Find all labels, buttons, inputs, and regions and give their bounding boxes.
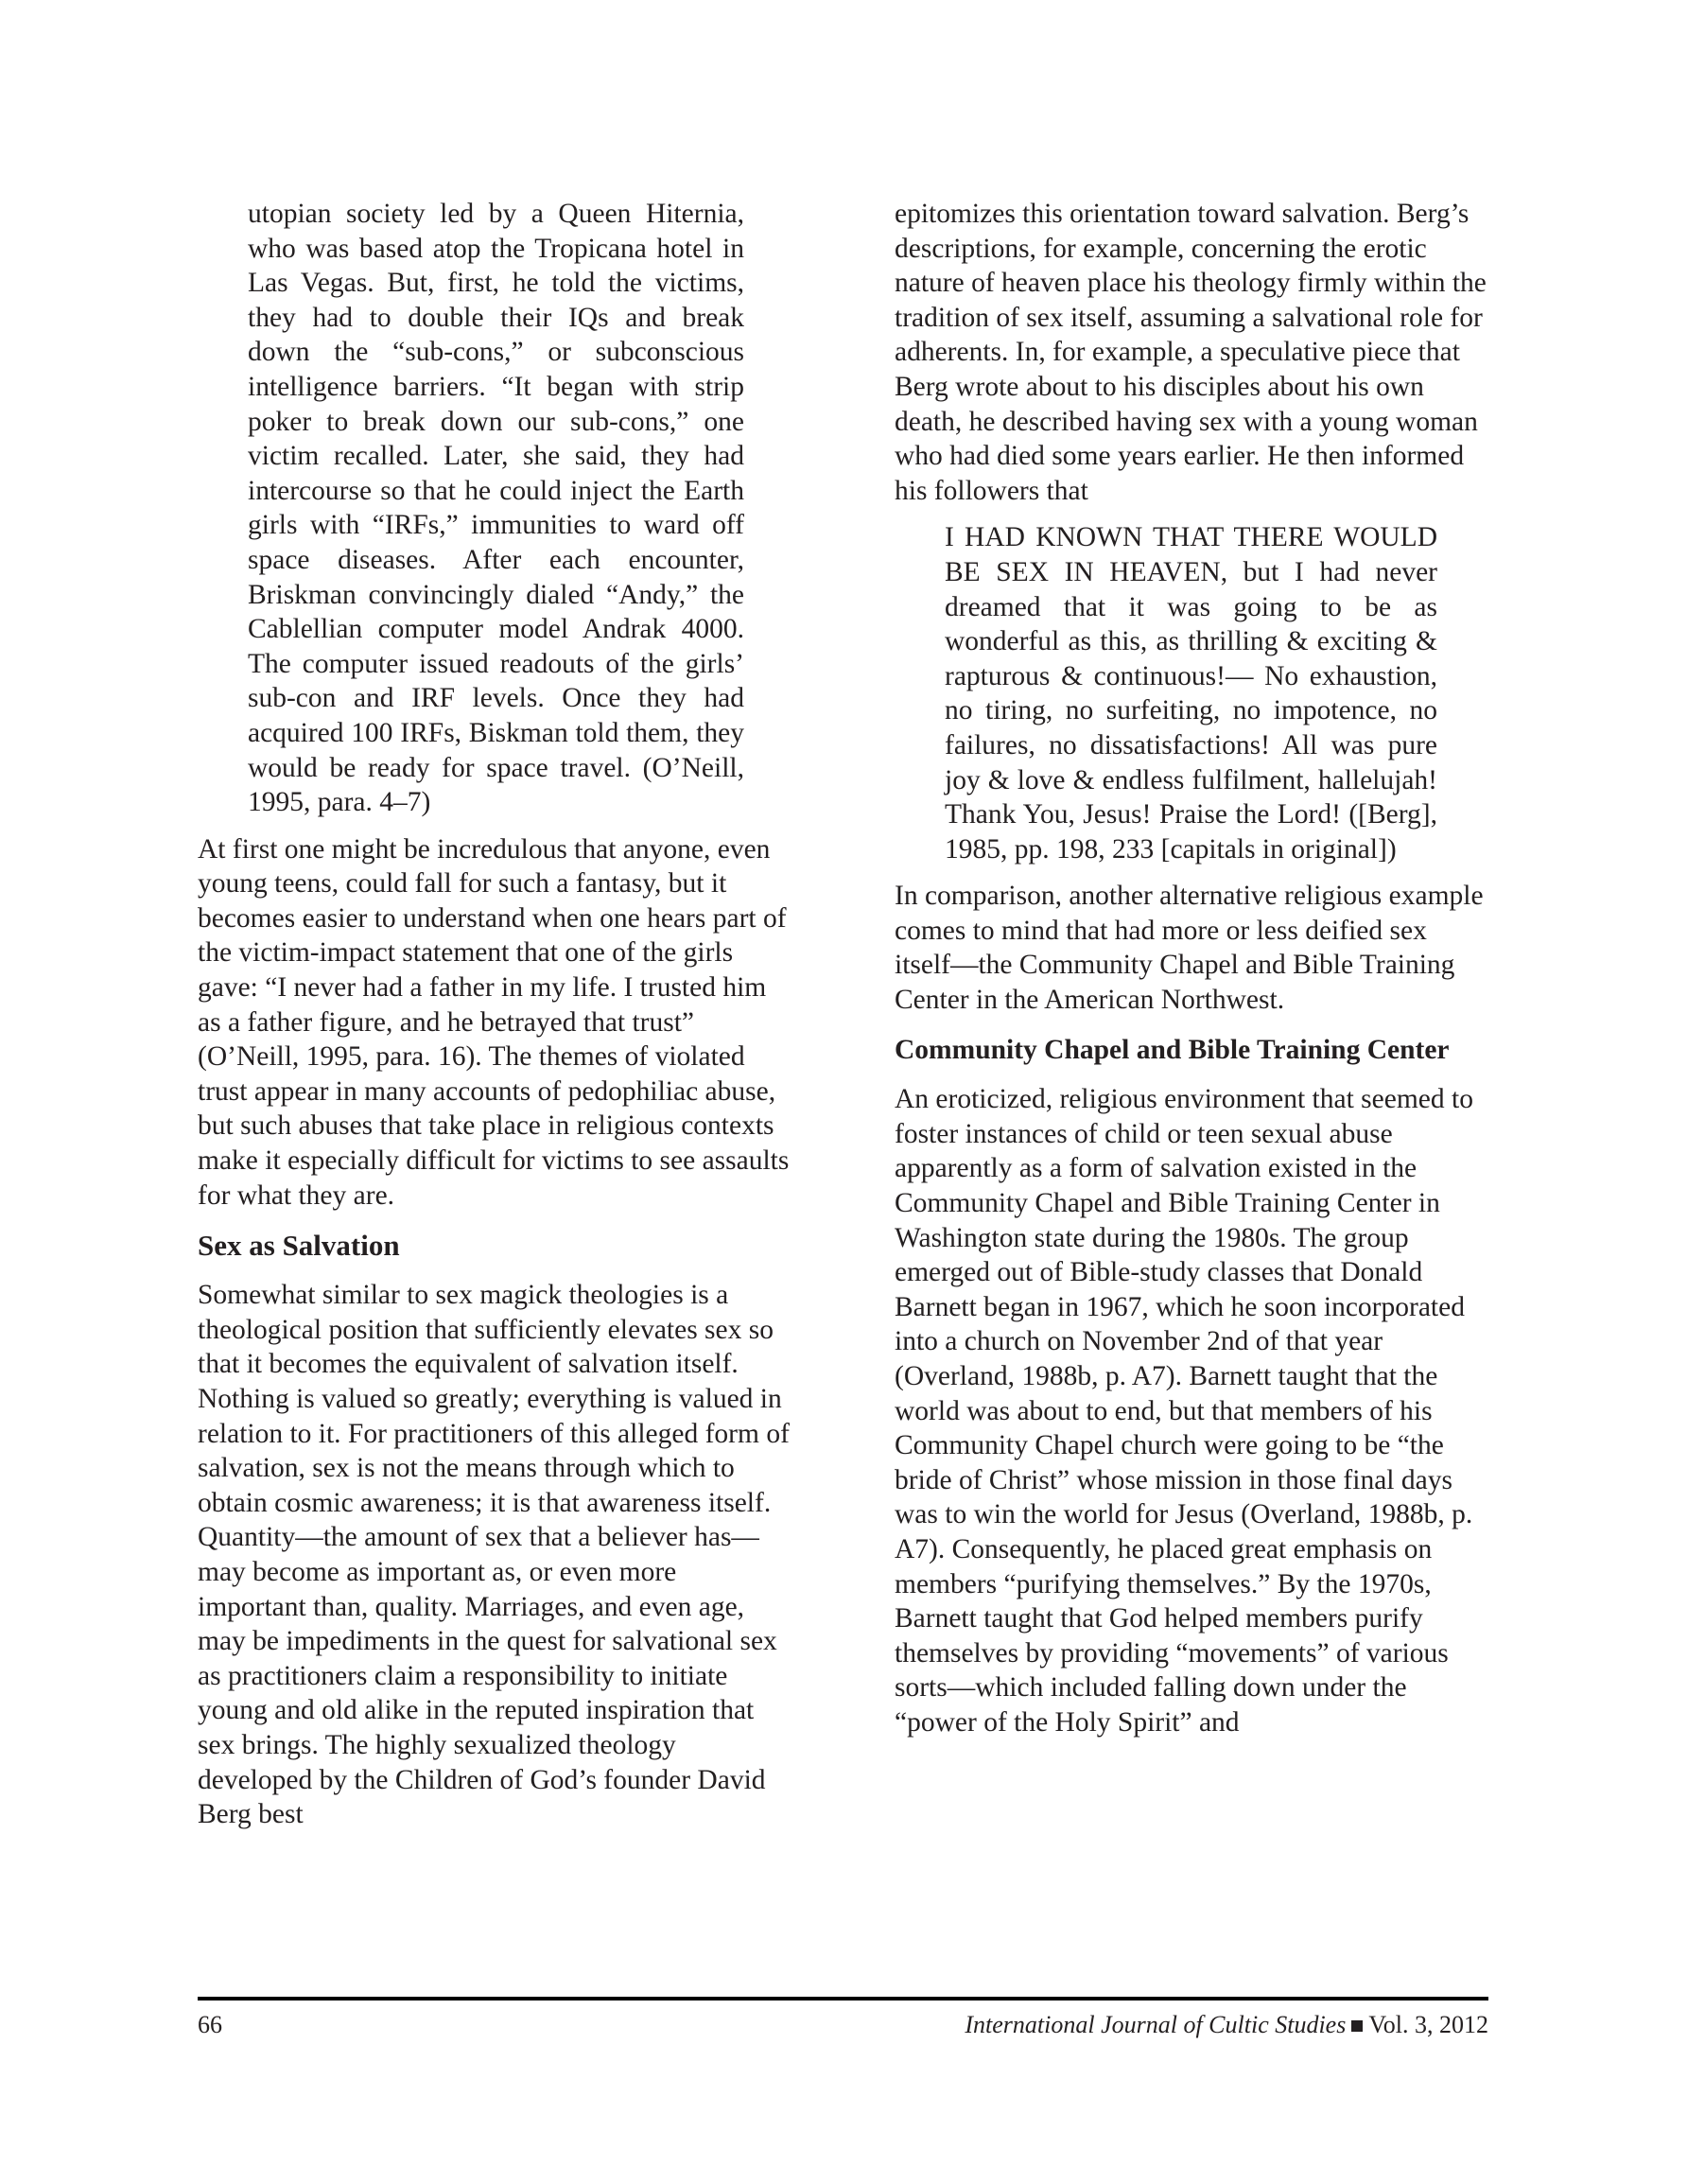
journal-name: International Journal of Cultic Studies <box>965 2011 1346 2038</box>
paragraph-spacer <box>895 1018 1488 1033</box>
right-column: epitomizes this orientation toward salva… <box>895 197 1488 1740</box>
paragraph-spacer <box>895 508 1488 520</box>
block-quote: utopian society led by a Queen Hiternia,… <box>248 197 744 820</box>
section-heading-sex-as-salvation: Sex as Salvation <box>198 1228 791 1263</box>
paragraph-spacer <box>895 1067 1488 1082</box>
paragraph-spacer <box>895 866 1488 879</box>
left-column: utopian society led by a Queen Hiternia,… <box>198 197 791 1832</box>
body-paragraph: An eroticized, religious environment tha… <box>895 1082 1488 1739</box>
page-number: 66 <box>198 2010 222 2040</box>
body-paragraph: At first one might be incredulous that a… <box>198 832 791 1214</box>
square-bullet-icon <box>1351 2020 1363 2032</box>
document-page: utopian society led by a Queen Hiternia,… <box>0 0 1687 2184</box>
footer-divider <box>198 1997 1488 2001</box>
block-quote: I HAD KNOWN THAT THERE WOULD BE SEX IN H… <box>945 520 1437 866</box>
paragraph-spacer <box>198 820 791 832</box>
paragraph-spacer <box>198 1213 791 1228</box>
paragraph-spacer <box>198 1263 791 1278</box>
body-paragraph: In comparison, another alternative relig… <box>895 879 1488 1017</box>
journal-reference: International Journal of Cultic StudiesV… <box>965 2010 1488 2040</box>
section-heading-community-chapel: Community Chapel and Bible Training Cent… <box>895 1033 1488 1068</box>
journal-volume: Vol. 3, 2012 <box>1368 2011 1488 2038</box>
body-paragraph: epitomizes this orientation toward salva… <box>895 197 1488 508</box>
body-paragraph: Somewhat similar to sex magick theologie… <box>198 1278 791 1832</box>
